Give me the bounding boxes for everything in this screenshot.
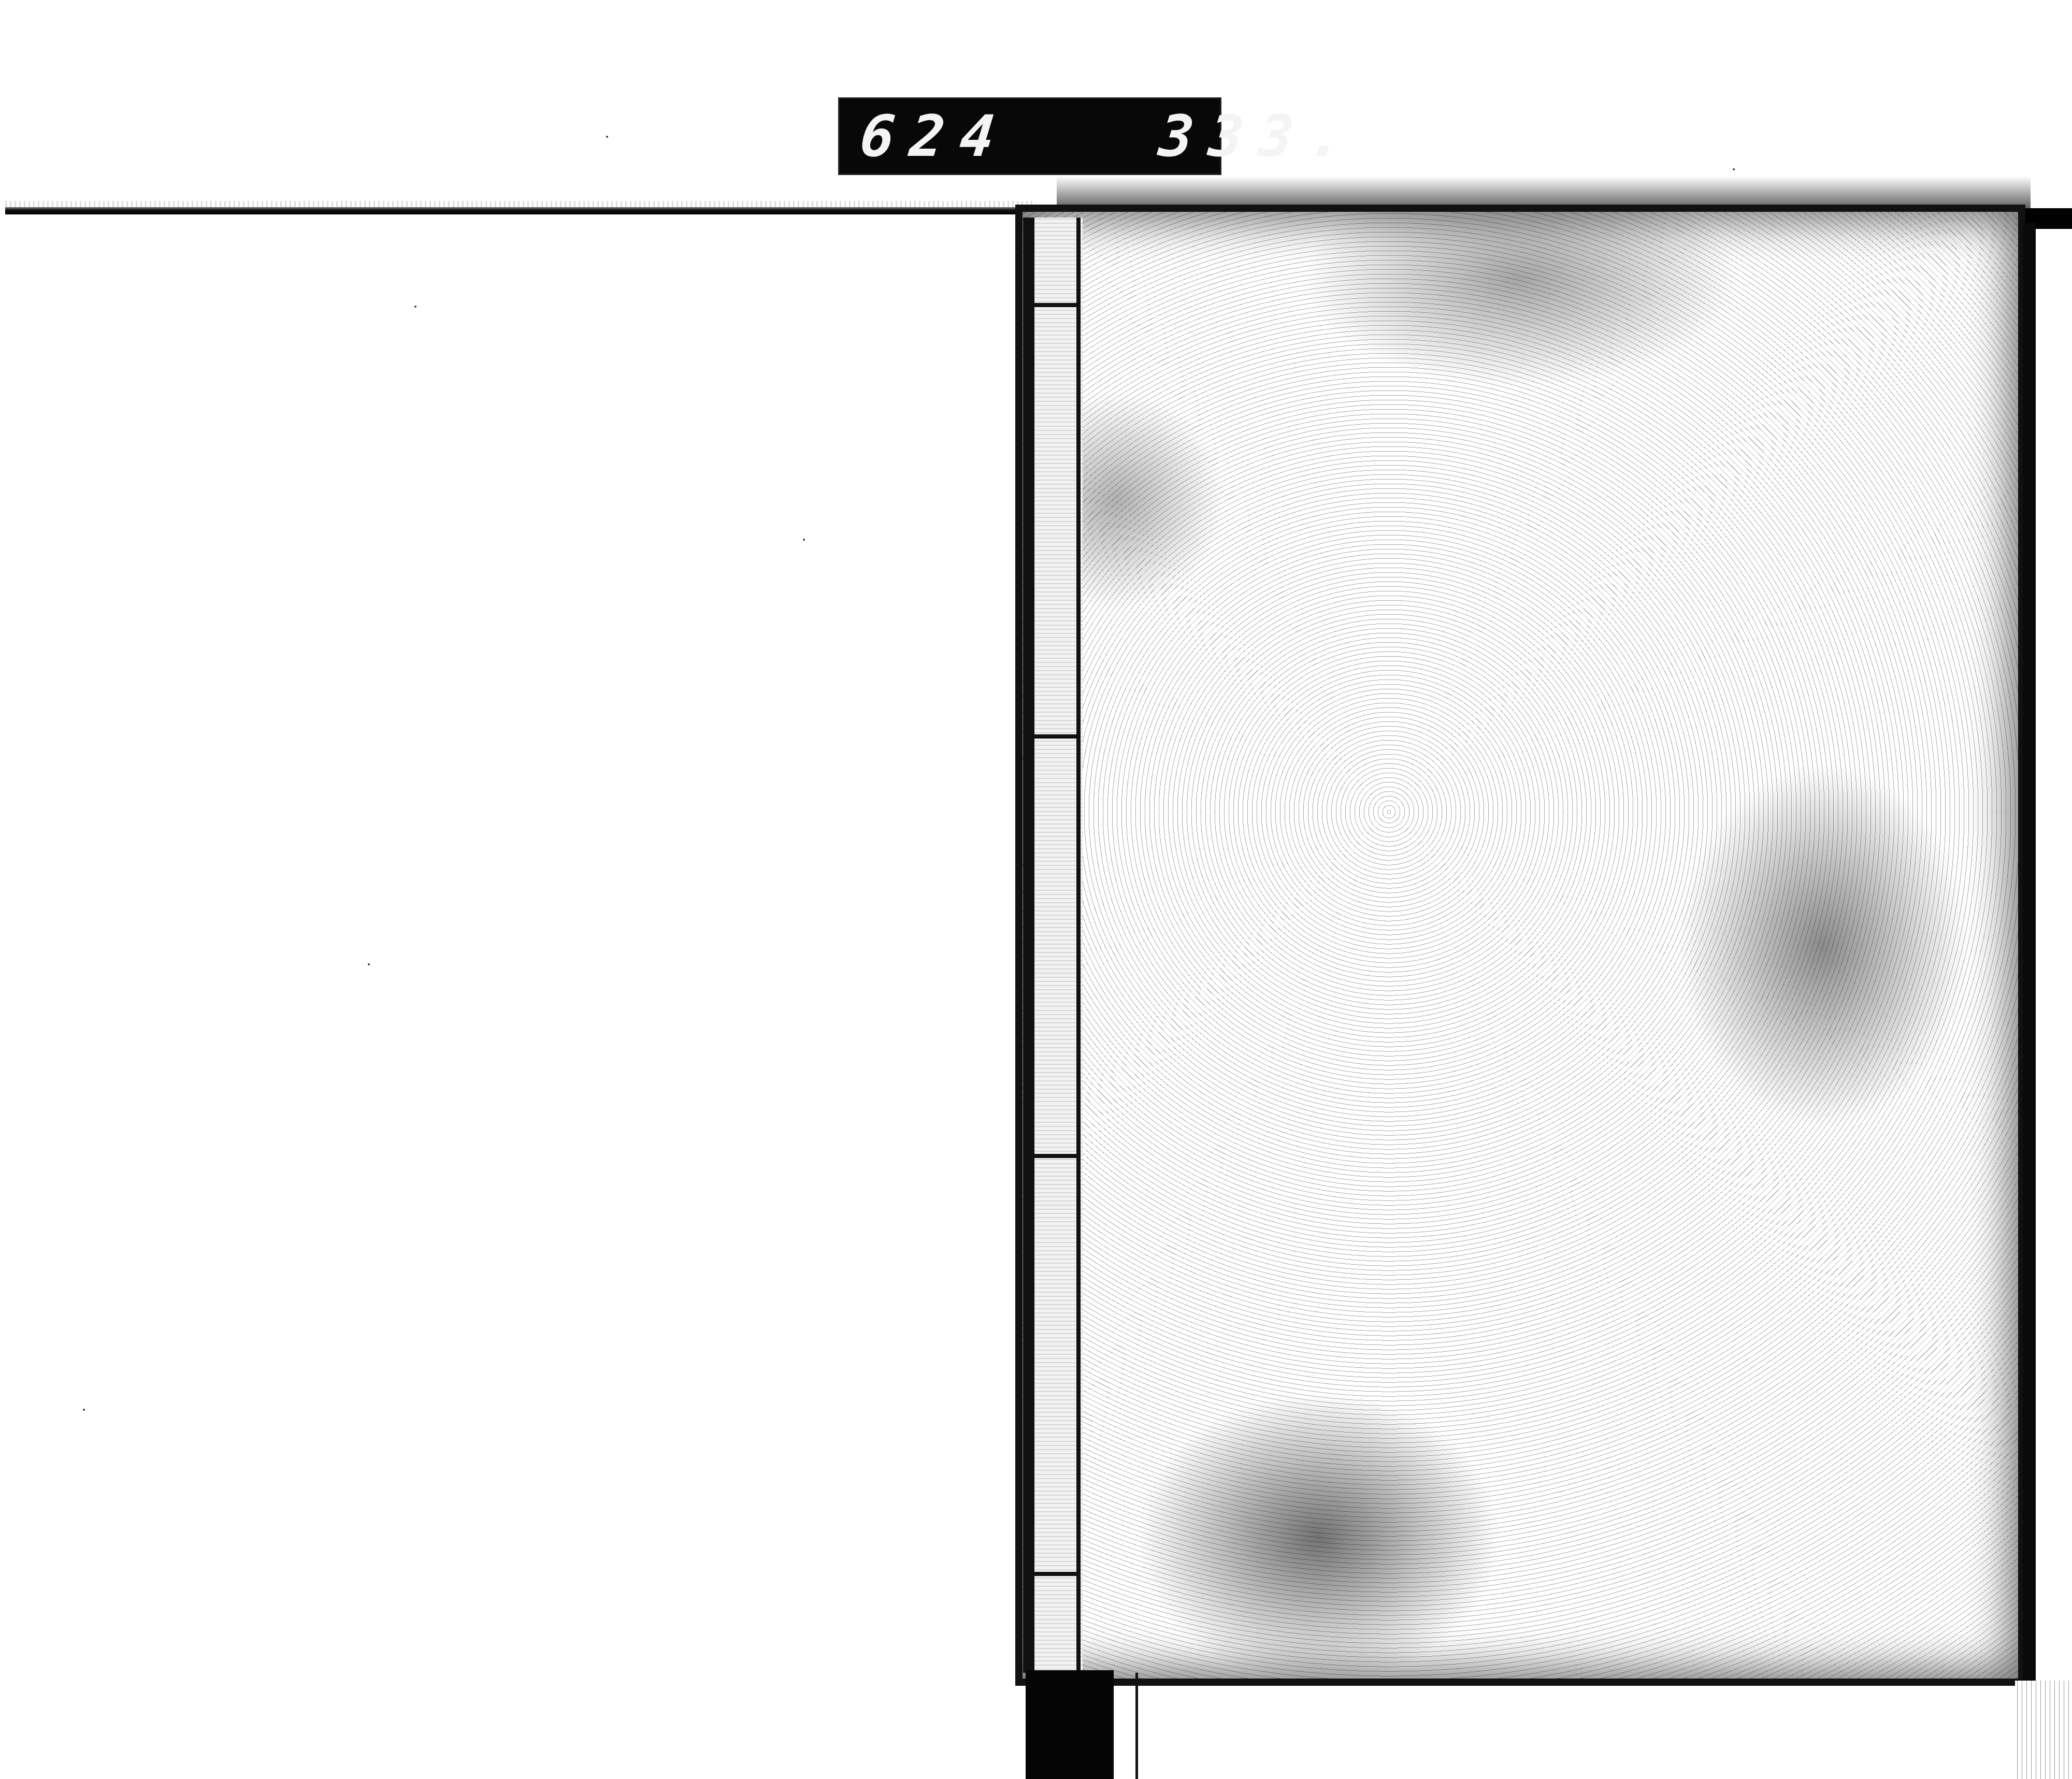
speck xyxy=(1733,168,1735,170)
speck xyxy=(368,963,370,965)
binding-thread xyxy=(1032,303,1080,307)
bottom-block xyxy=(1026,1670,1114,1779)
top-rule xyxy=(5,207,1036,214)
speck xyxy=(414,306,416,308)
frame-label: 624 333. xyxy=(838,97,1221,175)
binding-thread xyxy=(1032,1572,1080,1576)
bottom-line xyxy=(1135,1673,1138,1779)
spine-thread xyxy=(1076,218,1081,1683)
frame-label-text: 624 333. xyxy=(836,103,1362,169)
speck xyxy=(803,539,805,541)
speck xyxy=(83,1409,85,1411)
book-spine xyxy=(1023,218,1083,1673)
binding-thread xyxy=(1032,734,1080,739)
speck xyxy=(606,136,608,138)
scanned-page: 624 333. xyxy=(0,0,2072,1779)
right-margin-texture xyxy=(2015,1681,2072,1779)
book-cover xyxy=(1015,205,2025,1686)
binding-thread xyxy=(1032,1154,1080,1158)
book-right-edge xyxy=(2023,223,2036,1688)
